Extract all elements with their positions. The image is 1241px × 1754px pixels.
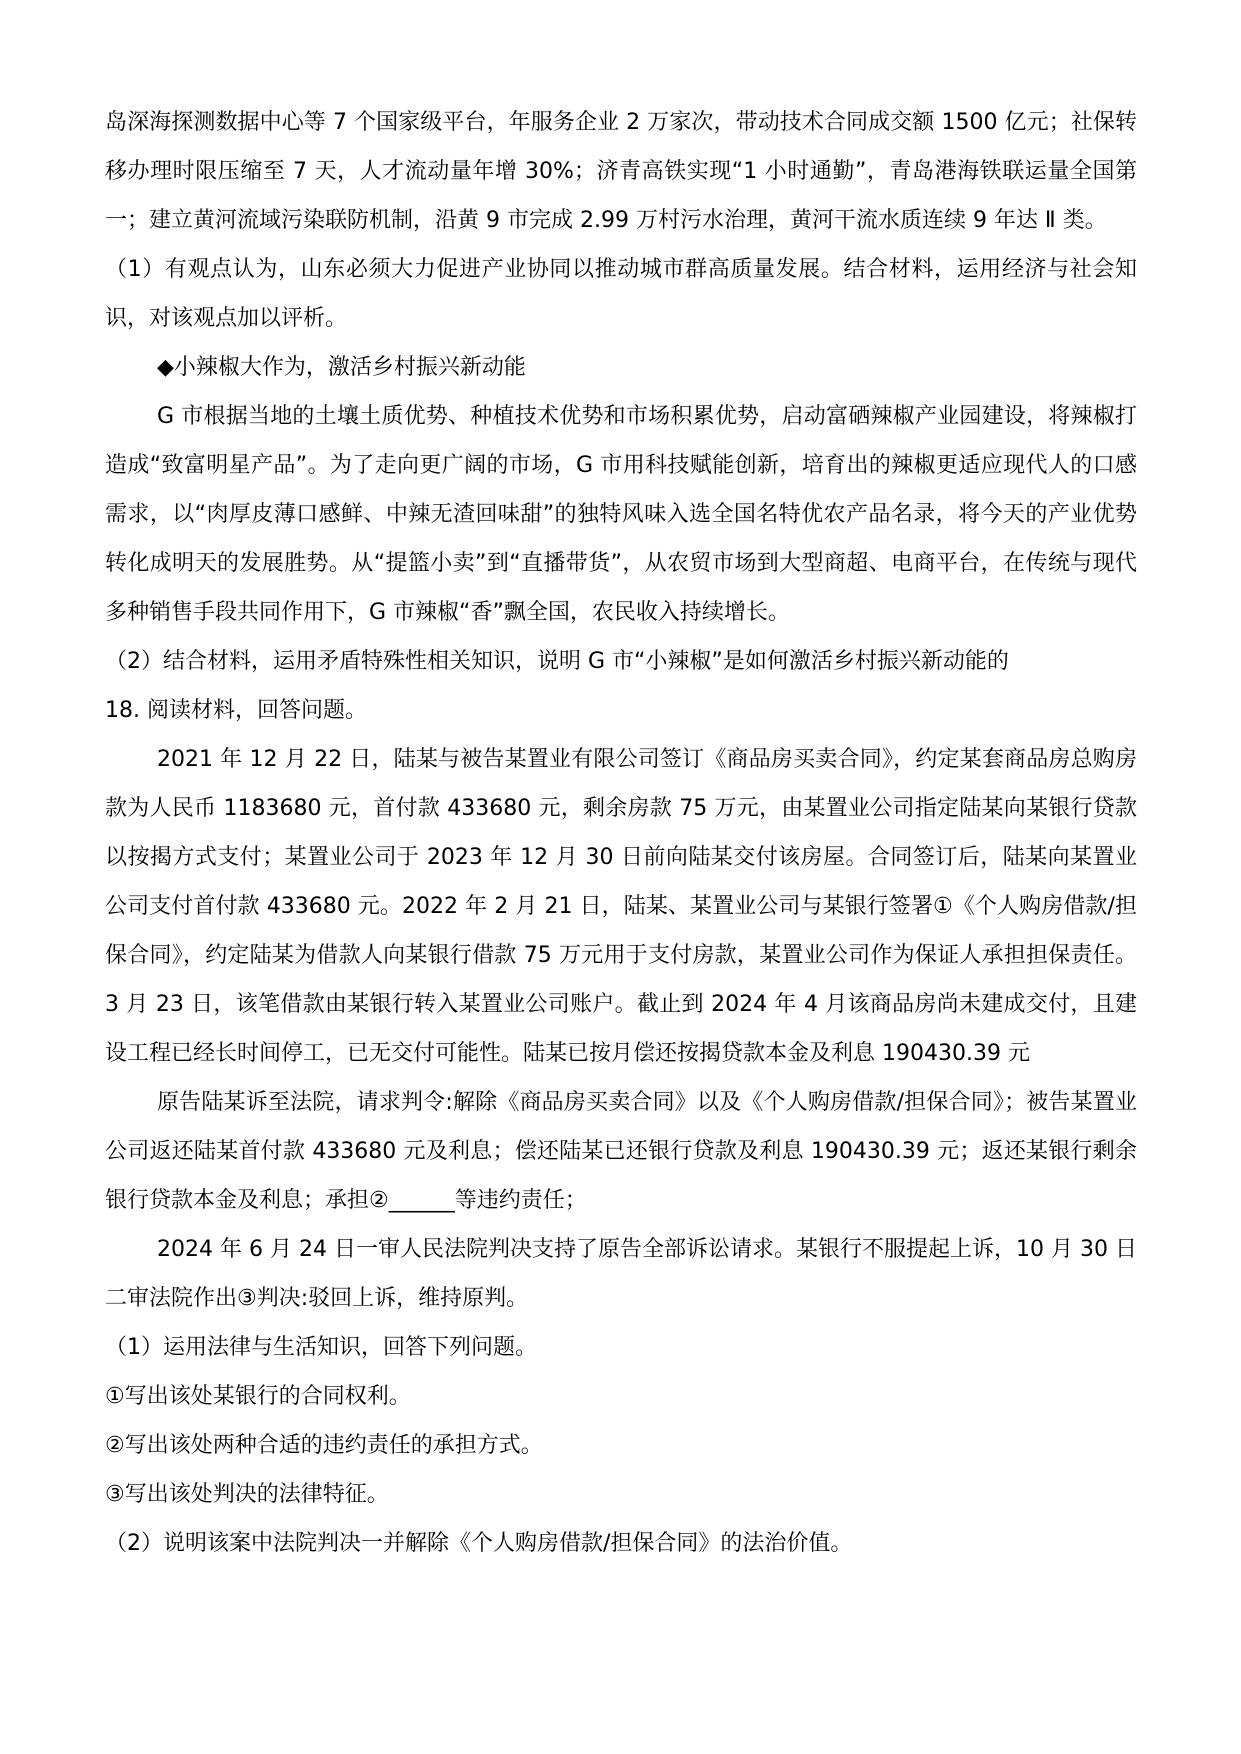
question-18-part1-item1: ①写出该处某银行的合同权利。 xyxy=(105,1372,1137,1421)
question-18-heading: 18. 阅读材料，回答问题。 xyxy=(105,686,1137,735)
question-17-part1: （1）有观点认为，山东必须大力促进产业协同以推动城市群高质量发展。结合材料，运用… xyxy=(105,245,1137,343)
material-chili: G 市根据当地的土壤土质优势、种植技术优势和市场积累优势，启动富硒辣椒产业园建设… xyxy=(105,392,1137,637)
question-18-part1-item2: ②写出该处两种合适的违约责任的承担方式。 xyxy=(105,1421,1137,1470)
question-18-part1: （1）运用法律与生活知识，回答下列问题。 xyxy=(105,1323,1137,1372)
material-case-verdict: 2024 年 6 月 24 日一审人民法院判决支持了原告全部诉讼请求。某银行不服… xyxy=(105,1225,1137,1323)
document-content: 岛深海探测数据中心等 7 个国家级平台，年服务企业 2 万家次，带动技术合同成交… xyxy=(105,98,1137,1568)
material-shandong-tail: 岛深海探测数据中心等 7 个国家级平台，年服务企业 2 万家次，带动技术合同成交… xyxy=(105,98,1137,245)
material-case-facts: 2021 年 12 月 22 日，陆某与被告某置业有限公司签订《商品房买卖合同》… xyxy=(105,735,1137,1078)
question-18-part2: （2）说明该案中法院判决一并解除《个人购房借款/担保合同》的法治价值。 xyxy=(105,1519,1137,1568)
question-18-part1-item3: ③写出该处判决的法律特征。 xyxy=(105,1470,1137,1519)
question-17-part2: （2）结合材料，运用矛盾特殊性相关知识，说明 G 市“小辣椒”是如何激活乡村振兴… xyxy=(105,637,1137,686)
material-case-claims: 原告陆某诉至法院，请求判令:解除《商品房买卖合同》以及《个人购房借款/担保合同》… xyxy=(105,1078,1137,1225)
document-page: 岛深海探测数据中心等 7 个国家级平台，年服务企业 2 万家次，带动技术合同成交… xyxy=(0,0,1241,1754)
subheading-chili: ◆小辣椒大作为，激活乡村振兴新动能 xyxy=(105,343,1137,392)
